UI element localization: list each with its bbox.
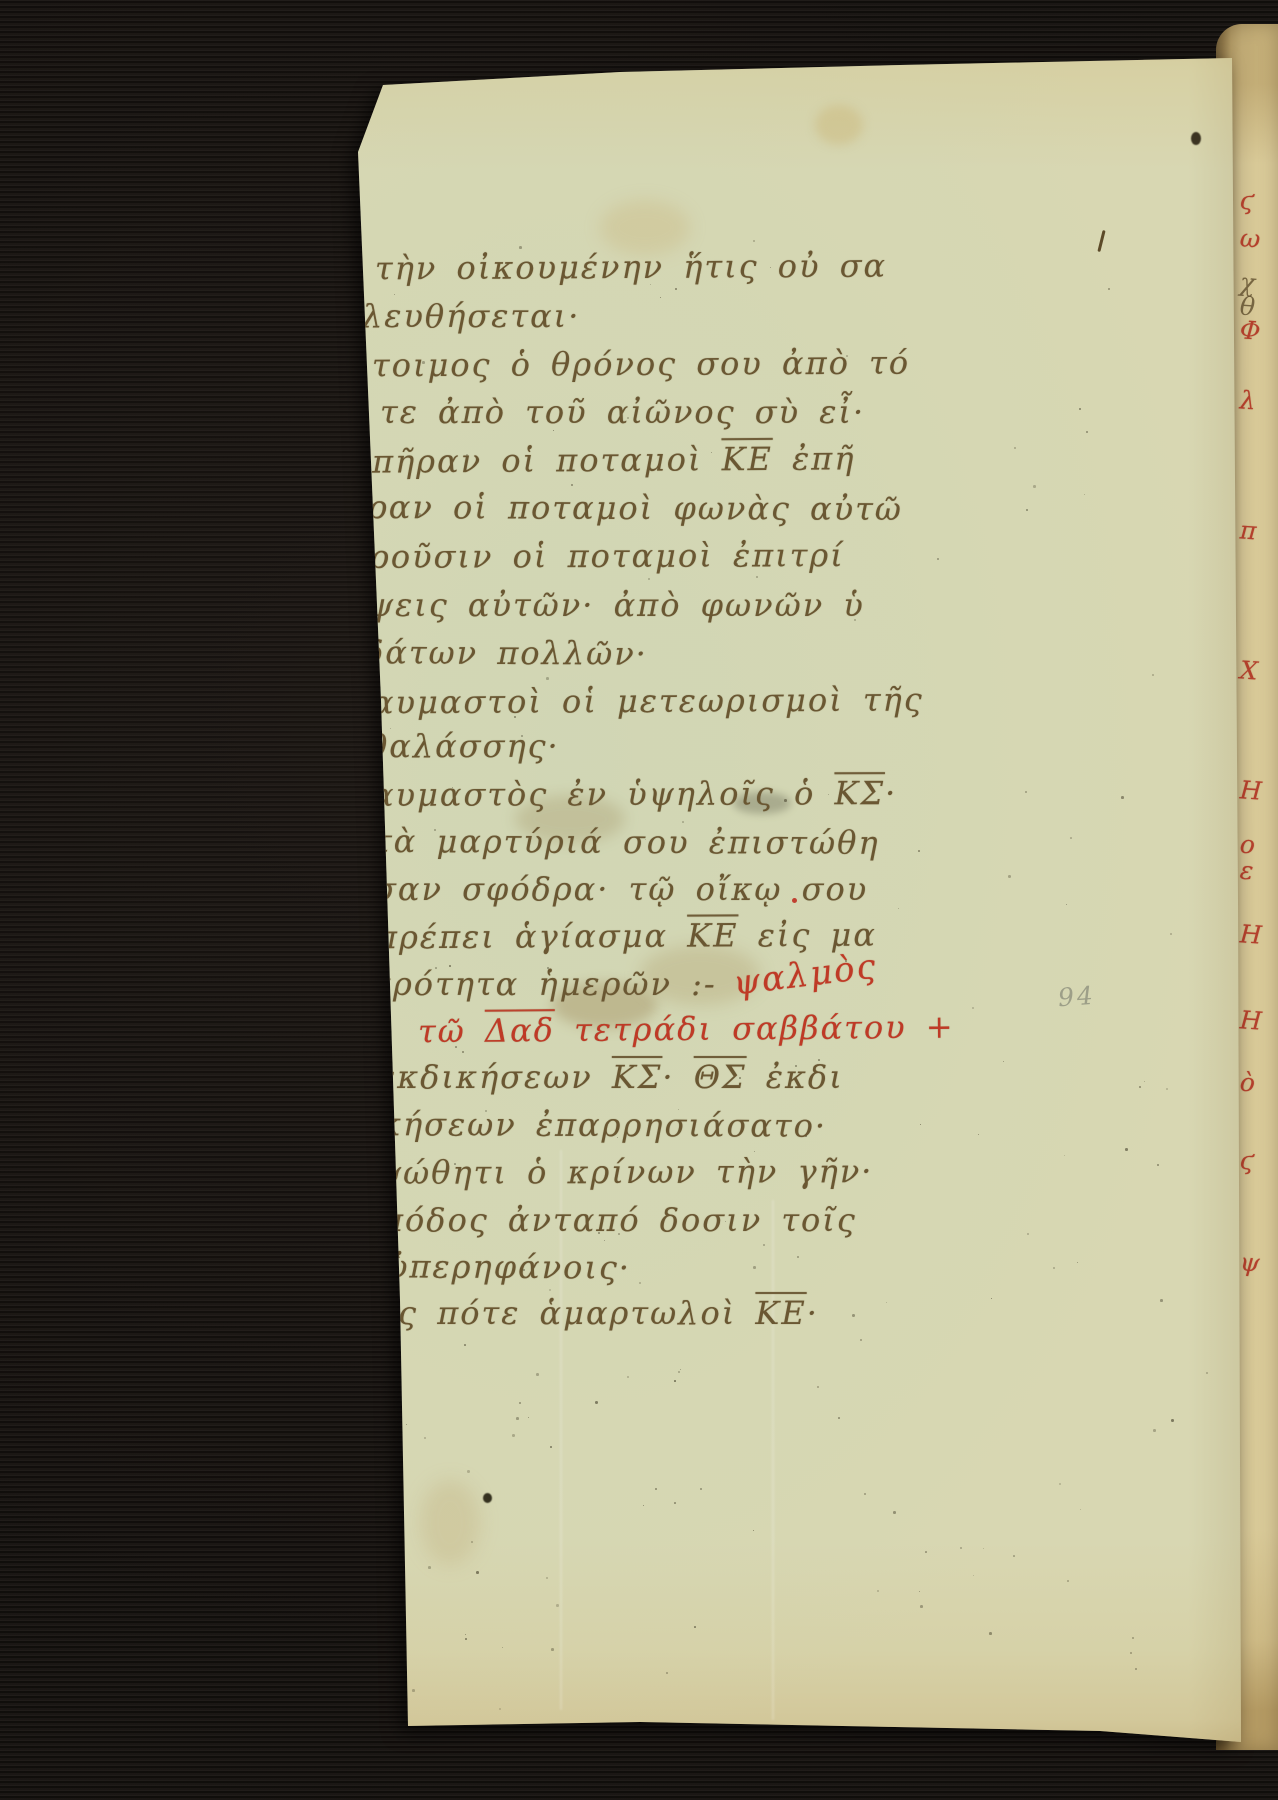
- text-line: αυμαστοὶ οἱ μετεωρισμοὶ τῆς: [372, 683, 924, 721]
- text-line: ἐκδικήσεων ΚΣ· ΘΣ ἐκδι: [378, 1060, 844, 1095]
- text-line: κήσεων ἐπαρρησιάσατο·: [380, 1107, 827, 1144]
- ink-text: κήσεων ἐπαρρησιάσατο·: [380, 1105, 827, 1145]
- ink-text: αυμαστοὶ οἱ μετεωρισμοὶ τῆς: [372, 681, 924, 722]
- parchment-page: τὴν οἰκουμένην ἥτις οὐ σαλευθήσεται·τοιμ…: [0, 0, 1278, 1800]
- rubric-text: τετράδι σαββάτου +: [555, 1008, 955, 1049]
- text-line: κρότητα ἡμερῶν :-ψαλμὸς: [370, 966, 877, 1003]
- ink-text: ΚΕ: [755, 1294, 806, 1332]
- ink-text: κρότητα ἡμερῶν :-: [370, 965, 717, 1003]
- text-line: ψεις αὐτῶν· ἀπὸ φωνῶν ὑ: [368, 588, 865, 623]
- text-line: τὰ μαρτύριά σου ἐπιστώθη: [374, 824, 880, 861]
- rubric-text: ψαλμὸς: [731, 948, 879, 1003]
- ink-text: ὑπερηφάνοις·: [388, 1247, 631, 1286]
- ink-text: πῆραν οἱ ποταμοὶ: [372, 440, 722, 480]
- ink-text: τοιμος ὁ θρόνος σου ἀπὸ τό: [372, 344, 910, 385]
- ink-text: πόδος ἀνταπό δοσιν τοῖς: [382, 1201, 857, 1239]
- manuscript-photo: ϛωχθΦλπΧΗοεΗΗὸϛψ τὴν οἰκουμένην ἥτις οὐ …: [0, 0, 1278, 1800]
- text-line: δάτων πολλῶν·: [364, 635, 648, 672]
- text-line: τὴν οἰκουμένην ἥτις οὐ σα: [375, 249, 887, 287]
- text-block: τὴν οἰκουμένην ἥτις οὐ σαλευθήσεται·τοιμ…: [0, 0, 1278, 1800]
- ink-text: ΚΕ: [687, 916, 738, 954]
- ink-text: τὴν οἰκουμένην ἥτις οὐ σα: [375, 247, 887, 288]
- ink-text: ·: [807, 1294, 819, 1332]
- ink-text: σαν σφόδρα· τῷ οἴκῳ σου: [374, 870, 868, 908]
- page-shadow-wrap: τὴν οἰκουμένην ἥτις οὐ σαλευθήσεται·τοιμ…: [0, 0, 1278, 1800]
- ink-text: αυμαστὸς ἐν ὑψηλοῖς ὁ: [372, 774, 835, 814]
- ink-text: ψώθητι ὁ κρίνων τὴν γῆν·: [376, 1152, 874, 1192]
- text-line: αυμαστὸς ἐν ὑψηλοῖς ὁ ΚΣ·: [372, 776, 897, 813]
- text-line: ὑπερηφάνοις·: [388, 1249, 631, 1285]
- ink-text: θαλάσσης·: [368, 727, 560, 765]
- text-line: πῆραν οἱ ποταμοὶ ΚΕ ἐπῆ: [372, 441, 856, 480]
- ink-text: δάτων πολλῶν·: [364, 633, 648, 672]
- ink-text: ψεις αὐτῶν· ἀπὸ φωνῶν ὑ: [368, 586, 865, 624]
- text-line: λευθήσεται·: [362, 299, 580, 334]
- ink-text: ΘΣ: [694, 1058, 747, 1096]
- ink-text: πρέπει ἁγίασμα: [376, 917, 687, 957]
- text-line: πόδος ἀνταπό δοσιν τοῖς: [382, 1203, 857, 1238]
- ink-text: ραν οἱ ποταμοὶ φωνὰς αὐτῶ: [368, 488, 903, 528]
- text-line: πρέπει ἁγίασμα ΚΕ εἰς μα: [376, 918, 877, 956]
- ink-text: τὰ μαρτύριά σου ἐπιστώθη: [374, 822, 880, 862]
- ink-text: ΚΕ: [721, 440, 773, 478]
- rubric-text: Δαδ: [485, 1011, 555, 1050]
- folio-number-pencil: 94: [1057, 981, 1097, 1013]
- ink-text: ροῦσιν οἱ ποταμοὶ ἐπιτρί: [370, 536, 845, 576]
- text-line: τῶ Δαδ τετράδι σαββάτου +: [418, 1010, 955, 1050]
- ink-text: τε ἀπὸ τοῦ αἰῶνος σὺ εἶ·: [380, 393, 865, 431]
- ink-text: ἐκδι: [747, 1058, 844, 1096]
- text-line: σαν σφόδρα· τῷ οἴκῳ σου: [374, 872, 868, 907]
- rubric-text: τῶ: [418, 1012, 485, 1051]
- text-line: ψώθητι ὁ κρίνων τὴν γῆν·: [376, 1154, 874, 1191]
- text-line: θαλάσσης·: [368, 729, 560, 764]
- ink-text: λευθήσεται·: [362, 297, 580, 335]
- ink-text: ως πότε ἁμαρτωλοὶ: [370, 1294, 755, 1332]
- ink-text: ·: [662, 1058, 693, 1096]
- ink-text: ἐπῆ: [773, 439, 856, 478]
- ink-text: ΚΣ: [834, 774, 885, 812]
- text-line: ως πότε ἁμαρτωλοὶ ΚΕ·: [370, 1296, 819, 1331]
- text-line: ραν οἱ ποταμοὶ φωνὰς αὐτῶ: [368, 490, 903, 527]
- text-line: τοιμος ὁ θρόνος σου ἀπὸ τό: [372, 346, 910, 384]
- ink-text: ἐκδικήσεων: [378, 1058, 612, 1096]
- text-line: τε ἀπὸ τοῦ αἰῶνος σὺ εἶ·: [380, 395, 865, 430]
- ink-text: ·: [885, 774, 897, 812]
- text-line: ροῦσιν οἱ ποταμοὶ ἐπιτρί: [370, 538, 845, 575]
- ink-text: ΚΣ: [612, 1058, 663, 1096]
